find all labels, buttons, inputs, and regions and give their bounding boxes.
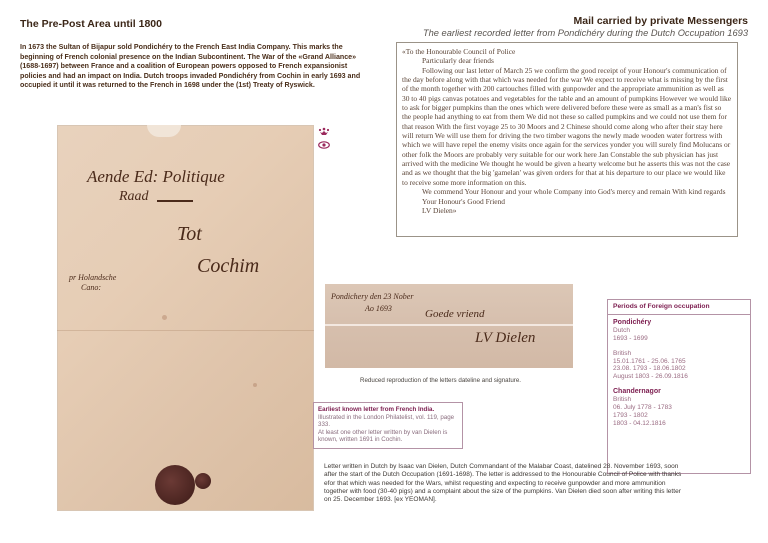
image-caption: Reduced reproduction of the letters date… bbox=[360, 377, 521, 384]
snippet-signature1: Goede vriend bbox=[425, 308, 485, 320]
letter-transcription: «To the Honourable Council of Police Par… bbox=[396, 42, 738, 237]
dateline-signature-image: Pondichery den 23 Nober Ao 1693 Goede vr… bbox=[325, 284, 573, 368]
snippet-dateline2: Ao 1693 bbox=[365, 304, 392, 313]
pondichery-dutch-label: Dutch bbox=[613, 327, 745, 335]
earliest-letter-note: Earliest known letter from French India.… bbox=[313, 402, 463, 449]
chandernagor-range: 1793 - 1802 bbox=[613, 412, 745, 420]
intro-paragraph: In 1673 the Sultan of Bijapur sold Pondi… bbox=[20, 43, 368, 91]
icon-group bbox=[318, 127, 334, 153]
snippet-signature2: LV Dielen bbox=[475, 330, 535, 347]
envelope-address-line2: Raad bbox=[119, 189, 149, 205]
letter-signature: LV Dielen» bbox=[402, 206, 732, 215]
wax-seal-small bbox=[195, 473, 211, 489]
envelope-side-note1: pr Holandsche bbox=[69, 273, 116, 282]
pondichery-dutch-range: 1693 - 1699 bbox=[613, 335, 745, 343]
periods-header: Periods of Foreign occupation bbox=[608, 300, 750, 315]
eye-icon bbox=[318, 140, 330, 150]
letter-description: Letter written in Dutch by Isaac van Die… bbox=[324, 463, 684, 504]
envelope-address-line3: Tot bbox=[177, 223, 202, 246]
chandernagor-british-label: British bbox=[613, 396, 745, 404]
letter-sign-off: Your Honour's Good Friend bbox=[402, 197, 732, 206]
place-chandernagor: Chandernagor bbox=[613, 388, 745, 396]
crown-icon bbox=[318, 127, 330, 137]
pondichery-british-range: 15.01.1761 - 25.06. 1765 bbox=[613, 358, 745, 366]
envelope-address-line1: Aende Ed: Politique bbox=[87, 167, 225, 187]
chandernagor-range: 06. July 1778 - 1783 bbox=[613, 404, 745, 412]
page-title: Mail carried by private Messengers bbox=[574, 15, 749, 27]
note-line1: Illustrated in the London Philatelist, v… bbox=[318, 414, 458, 429]
letter-closing: We commend Your Honour and your whole Co… bbox=[402, 187, 732, 196]
page-subtitle: The earliest recorded letter from Pondic… bbox=[423, 28, 748, 38]
pondichery-british-range: 23.08. 1793 - 18.06.1802 bbox=[613, 365, 745, 373]
snippet-fold bbox=[325, 324, 573, 326]
envelope-notch bbox=[147, 125, 181, 137]
pondichery-british-range: August 1803 - 26.09.1816 bbox=[613, 373, 745, 381]
chandernagor-range: 1803 - 04.12.1816 bbox=[613, 420, 745, 428]
envelope-image: Aende Ed: Politique Raad Tot Cochim pr H… bbox=[57, 125, 314, 511]
envelope-stain bbox=[162, 315, 167, 320]
section-title: The Pre-Post Area until 1800 bbox=[20, 18, 162, 30]
note-title: Earliest known letter from French India. bbox=[318, 406, 458, 414]
letter-greeting: Particularly dear friends bbox=[402, 56, 732, 65]
occupation-periods-box: Periods of Foreign occupation Pondichéry… bbox=[607, 299, 751, 474]
letter-body: Following our last letter of March 25 we… bbox=[402, 66, 732, 187]
wax-seal bbox=[155, 465, 195, 505]
letter-salutation: «To the Honourable Council of Police bbox=[402, 47, 732, 56]
pondichery-british-label: British bbox=[613, 350, 745, 358]
envelope-stain bbox=[253, 383, 257, 387]
note-line2: At least one other letter written by van… bbox=[318, 429, 458, 444]
place-pondichery: Pondichéry bbox=[613, 319, 745, 327]
envelope-side-note2: Cano: bbox=[81, 283, 101, 292]
envelope-fold bbox=[57, 330, 314, 331]
envelope-underline bbox=[157, 200, 193, 202]
snippet-dateline1: Pondichery den 23 Nober bbox=[331, 292, 413, 301]
envelope-address-line4: Cochim bbox=[197, 255, 259, 278]
